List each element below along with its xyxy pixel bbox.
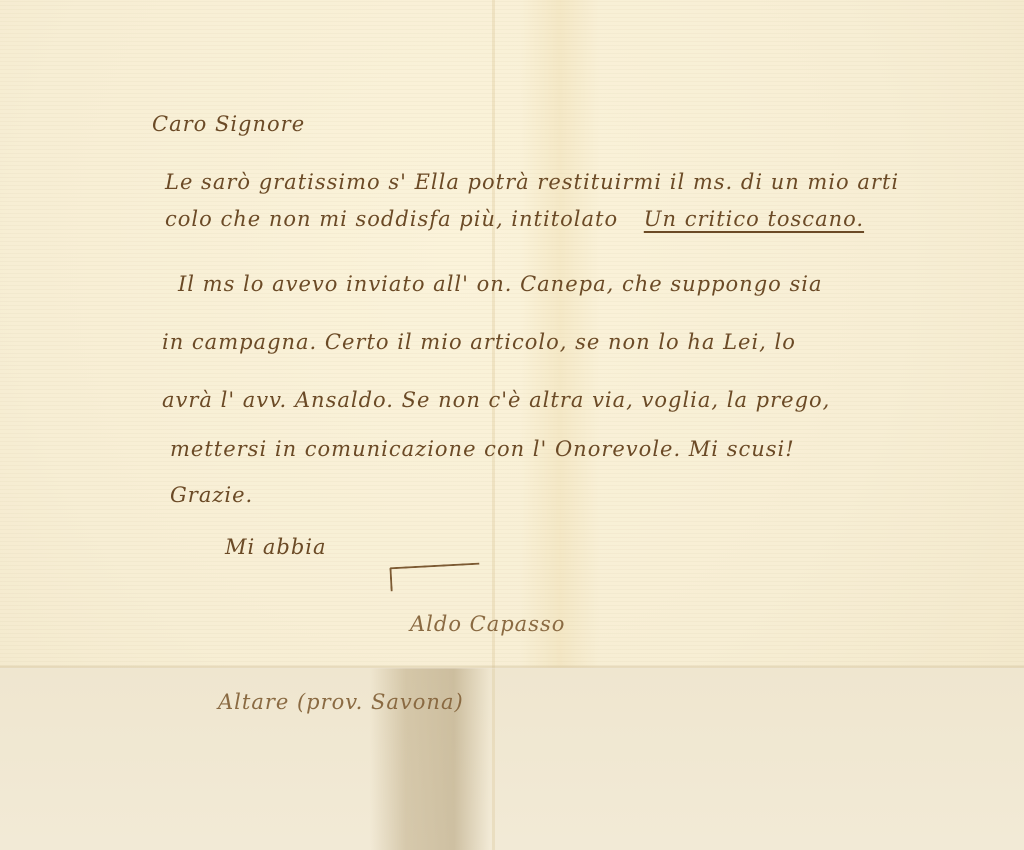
lower-fold-panel xyxy=(0,668,1024,850)
body-line-6: mettersi in comunicazione con l' Onorevo… xyxy=(170,437,795,461)
horizontal-fold-line xyxy=(0,665,1024,669)
closing: Mi abbia xyxy=(225,535,327,559)
thanks: Grazie. xyxy=(170,483,253,507)
signature: Aldo Capasso xyxy=(410,612,565,636)
body-line-4: in campagna. Certo il mio articolo, se n… xyxy=(162,330,796,354)
body-line-3: Il ms lo avevo inviato all' on. Canepa, … xyxy=(178,272,822,296)
sender-address: Altare (prov. Savona) xyxy=(218,690,464,714)
salutation: Caro Signore xyxy=(152,112,305,136)
vertical-fold-line xyxy=(492,0,495,850)
body-line-2-wrapper: colo che non mi soddisfa più, intitolato… xyxy=(165,207,864,231)
article-title: Un critico toscano. xyxy=(644,207,864,231)
body-line-1: Le sarò gratissimo s' Ella potrà restitu… xyxy=(165,170,899,194)
letter-page: Caro Signore Le sarò gratissimo s' Ella … xyxy=(0,0,1024,850)
body-line-5: avrà l' avv. Ansaldo. Se non c'è altra v… xyxy=(162,388,830,412)
signature-flourish xyxy=(389,563,480,592)
body-line-2: colo che non mi soddisfa più, intitolato xyxy=(165,207,618,231)
